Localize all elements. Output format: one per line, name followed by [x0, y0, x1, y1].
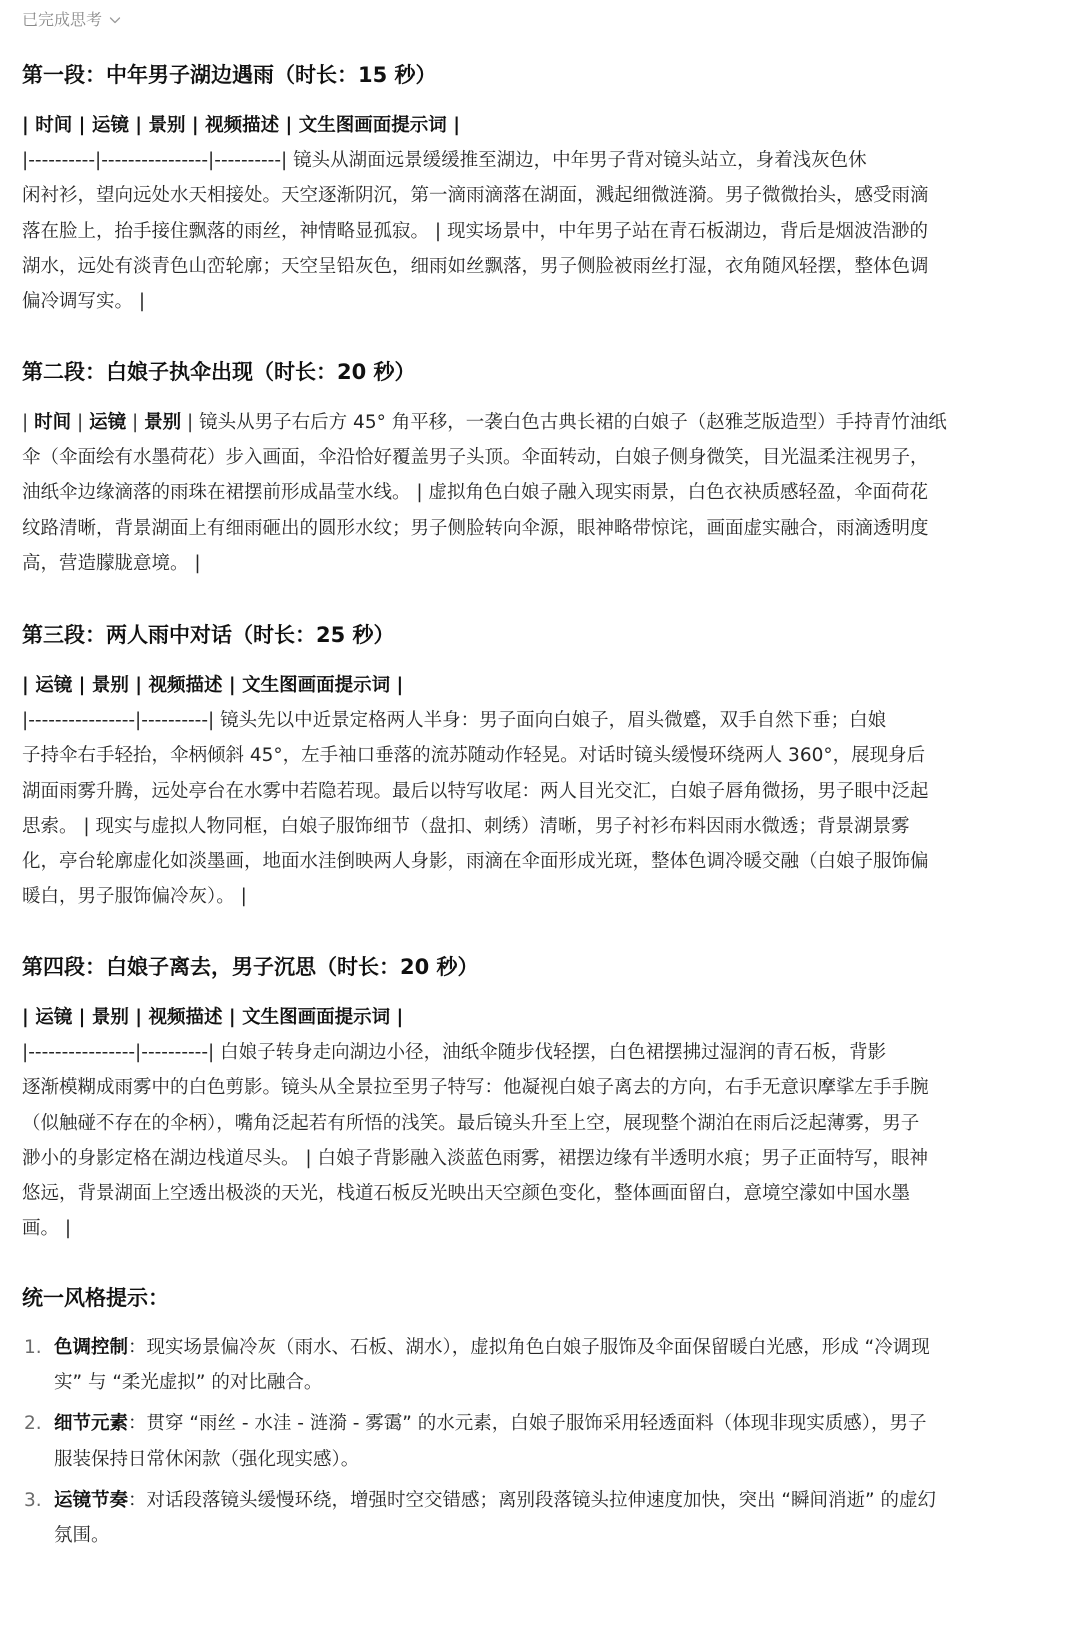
style-tips-list: 1. 色调控制：现实场景偏冷灰（雨水、石板、湖水），虚拟角色白娘子服饰及伞面保留…	[22, 1330, 1062, 1553]
section-1-line: 落在脸上，抬手接住飘落的雨丝，神情略显孤寂。 | 现实场景中，中年男子站在青石板…	[22, 214, 1062, 249]
section-1-line: 湖水，远处有淡青色山峦轮廓；天空呈铅灰色，细雨如丝飘落，男子侧脸被雨丝打湿，衣角…	[22, 249, 1062, 284]
style-tip-term: 细节元素	[54, 1413, 128, 1434]
section-2-title: 第二段：白娘子执伞出现（时长：20 秒）	[22, 357, 416, 387]
section-4-line: |----------------|----------| 白娘子转身走向湖边小…	[22, 1035, 1062, 1070]
list-number: 1.	[24, 1330, 42, 1365]
section-3-line: |----------------|----------| 镜头先以中近景定格两…	[22, 703, 1062, 738]
section-3-title: 第三段：两人雨中对话（时长：25 秒）	[22, 620, 395, 650]
section-3-body: | 运镜 | 景别 | 视频描述 | 文生图画面提示词 | |---------…	[22, 668, 1062, 914]
style-tip-item: 3. 运镜节奏：对话段落镜头缓慢环绕，增强时空交错感；离别段落镜头拉伸速度加快，…	[22, 1483, 1062, 1553]
section-2-line: 纹路清晰，背景湖面上有细雨砸出的圆形水纹；男子侧脸转向伞源，眼神略带惊诧，画面虚…	[22, 511, 1062, 546]
section-4-line: 悠远，背景湖面上空透出极淡的天光，栈道石板反光映出天空颜色变化，整体画面留白，意…	[22, 1176, 1062, 1211]
chevron-down-icon	[108, 13, 122, 27]
section-4-line: （似触碰不存在的伞柄），嘴角泛起若有所悟的浅笑。最后镜头升至上空，展现整个湖泊在…	[22, 1106, 1062, 1141]
thinking-toggle[interactable]: 已完成思考	[22, 8, 122, 32]
thinking-label: 已完成思考	[22, 8, 102, 32]
section-2-header-cell: 景别	[144, 412, 181, 433]
section-1-line: |----------|----------------|----------|…	[22, 143, 1062, 178]
section-3-line: 化，亭台轮廓虚化如淡墨画，地面水洼倒映两人身影，雨滴在伞面形成光斑，整体色调冷暖…	[22, 844, 1062, 879]
style-tip-text: 氛围。	[54, 1518, 1062, 1553]
style-tip-text: 实” 与 “柔光虚拟” 的对比融合。	[54, 1365, 1062, 1400]
section-4-line: 画。 |	[22, 1211, 1062, 1246]
section-4-body: | 运镜 | 景别 | 视频描述 | 文生图画面提示词 | |---------…	[22, 1000, 1062, 1246]
section-2-text: 镜头从男子右后方 45° 角平移，一袭白色古典长裙的白娘子（赵雅芝版造型）手持青…	[193, 412, 946, 433]
section-2-header-cell: 时间	[34, 412, 71, 433]
section-2-line: | 时间 | 运镜 | 景别 | 镜头从男子右后方 45° 角平移，一袭白色古典…	[22, 405, 1062, 440]
section-3-line: 湖面雨雾升腾，远处亭台在水雾中若隐若现。最后以特写收尾：两人目光交汇，白娘子唇角…	[22, 774, 1062, 809]
style-tips-title: 统一风格提示：	[22, 1283, 169, 1313]
style-tip-text: ：贯穿 “雨丝 - 水洼 - 涟漪 - 雾霭” 的水元素，白娘子服饰采用轻透面料…	[128, 1413, 927, 1434]
section-1-table-header: | 时间 | 运镜 | 景别 | 视频描述 | 文生图画面提示词 |	[22, 108, 1062, 143]
style-tip-text: ：现实场景偏冷灰（雨水、石板、湖水），虚拟角色白娘子服饰及伞面保留暖白光感，形成…	[128, 1337, 930, 1358]
section-3-line: 思索。 | 现实与虚拟人物同框，白娘子服饰细节（盘扣、刺绣）清晰，男子衬衫布料因…	[22, 809, 1062, 844]
style-tip-term: 运镜节奏	[54, 1490, 128, 1511]
section-4-table-header: | 运镜 | 景别 | 视频描述 | 文生图画面提示词 |	[22, 1000, 1062, 1035]
style-tip-item: 1. 色调控制：现实场景偏冷灰（雨水、石板、湖水），虚拟角色白娘子服饰及伞面保留…	[22, 1330, 1062, 1400]
style-tip-text: ：对话段落镜头缓慢环绕，增强时空交错感；离别段落镜头拉伸速度加快，突出 “瞬间消…	[128, 1490, 936, 1511]
section-1-body: | 时间 | 运镜 | 景别 | 视频描述 | 文生图画面提示词 | |----…	[22, 108, 1062, 319]
style-tip-item: 2. 细节元素：贯穿 “雨丝 - 水洼 - 涟漪 - 雾霭” 的水元素，白娘子服…	[22, 1406, 1062, 1476]
section-1-line: 闲衬衫，望向远处水天相接处。天空逐渐阴沉，第一滴雨滴落在湖面，溅起细微涟漪。男子…	[22, 178, 1062, 213]
style-tip-term: 色调控制	[54, 1337, 128, 1358]
section-2-line: 高，营造朦胧意境。 |	[22, 546, 1062, 581]
list-number: 2.	[24, 1406, 42, 1441]
section-4-line: 逐渐模糊成雨雾中的白色剪影。镜头从全景拉至男子特写：他凝视白娘子离去的方向，右手…	[22, 1070, 1062, 1105]
section-1-title: 第一段：中年男子湖边遇雨（时长：15 秒）	[22, 60, 437, 90]
section-3-table-header: | 运镜 | 景别 | 视频描述 | 文生图画面提示词 |	[22, 668, 1062, 703]
style-tip-text: 服装保持日常休闲款（强化现实感）。	[54, 1442, 1062, 1477]
section-3-line: 子持伞右手轻抬，伞柄倾斜 45°，左手袖口垂落的流苏随动作轻晃。对话时镜头缓慢环…	[22, 738, 1062, 773]
section-2-body: | 时间 | 运镜 | 景别 | 镜头从男子右后方 45° 角平移，一袭白色古典…	[22, 405, 1062, 581]
section-4-title: 第四段：白娘子离去，男子沉思（时长：20 秒）	[22, 952, 479, 982]
section-2-line: 伞（伞面绘有水墨荷花）步入画面，伞沿恰好覆盖男子头顶。伞面转动，白娘子侧身微笑，…	[22, 440, 1062, 475]
section-3-line: 暖白，男子服饰偏冷灰）。 |	[22, 879, 1062, 914]
section-2-line: 油纸伞边缘滴落的雨珠在裙摆前形成晶莹水线。 | 虚拟角色白娘子融入现实雨景，白色…	[22, 475, 1062, 510]
section-2-header-cell: 运镜	[89, 412, 126, 433]
section-1-line: 偏冷调写实。 |	[22, 284, 1062, 319]
list-number: 3.	[24, 1483, 42, 1518]
section-4-line: 渺小的身影定格在湖边栈道尽头。 | 白娘子背影融入淡蓝色雨雾，裙摆边缘有半透明水…	[22, 1141, 1062, 1176]
